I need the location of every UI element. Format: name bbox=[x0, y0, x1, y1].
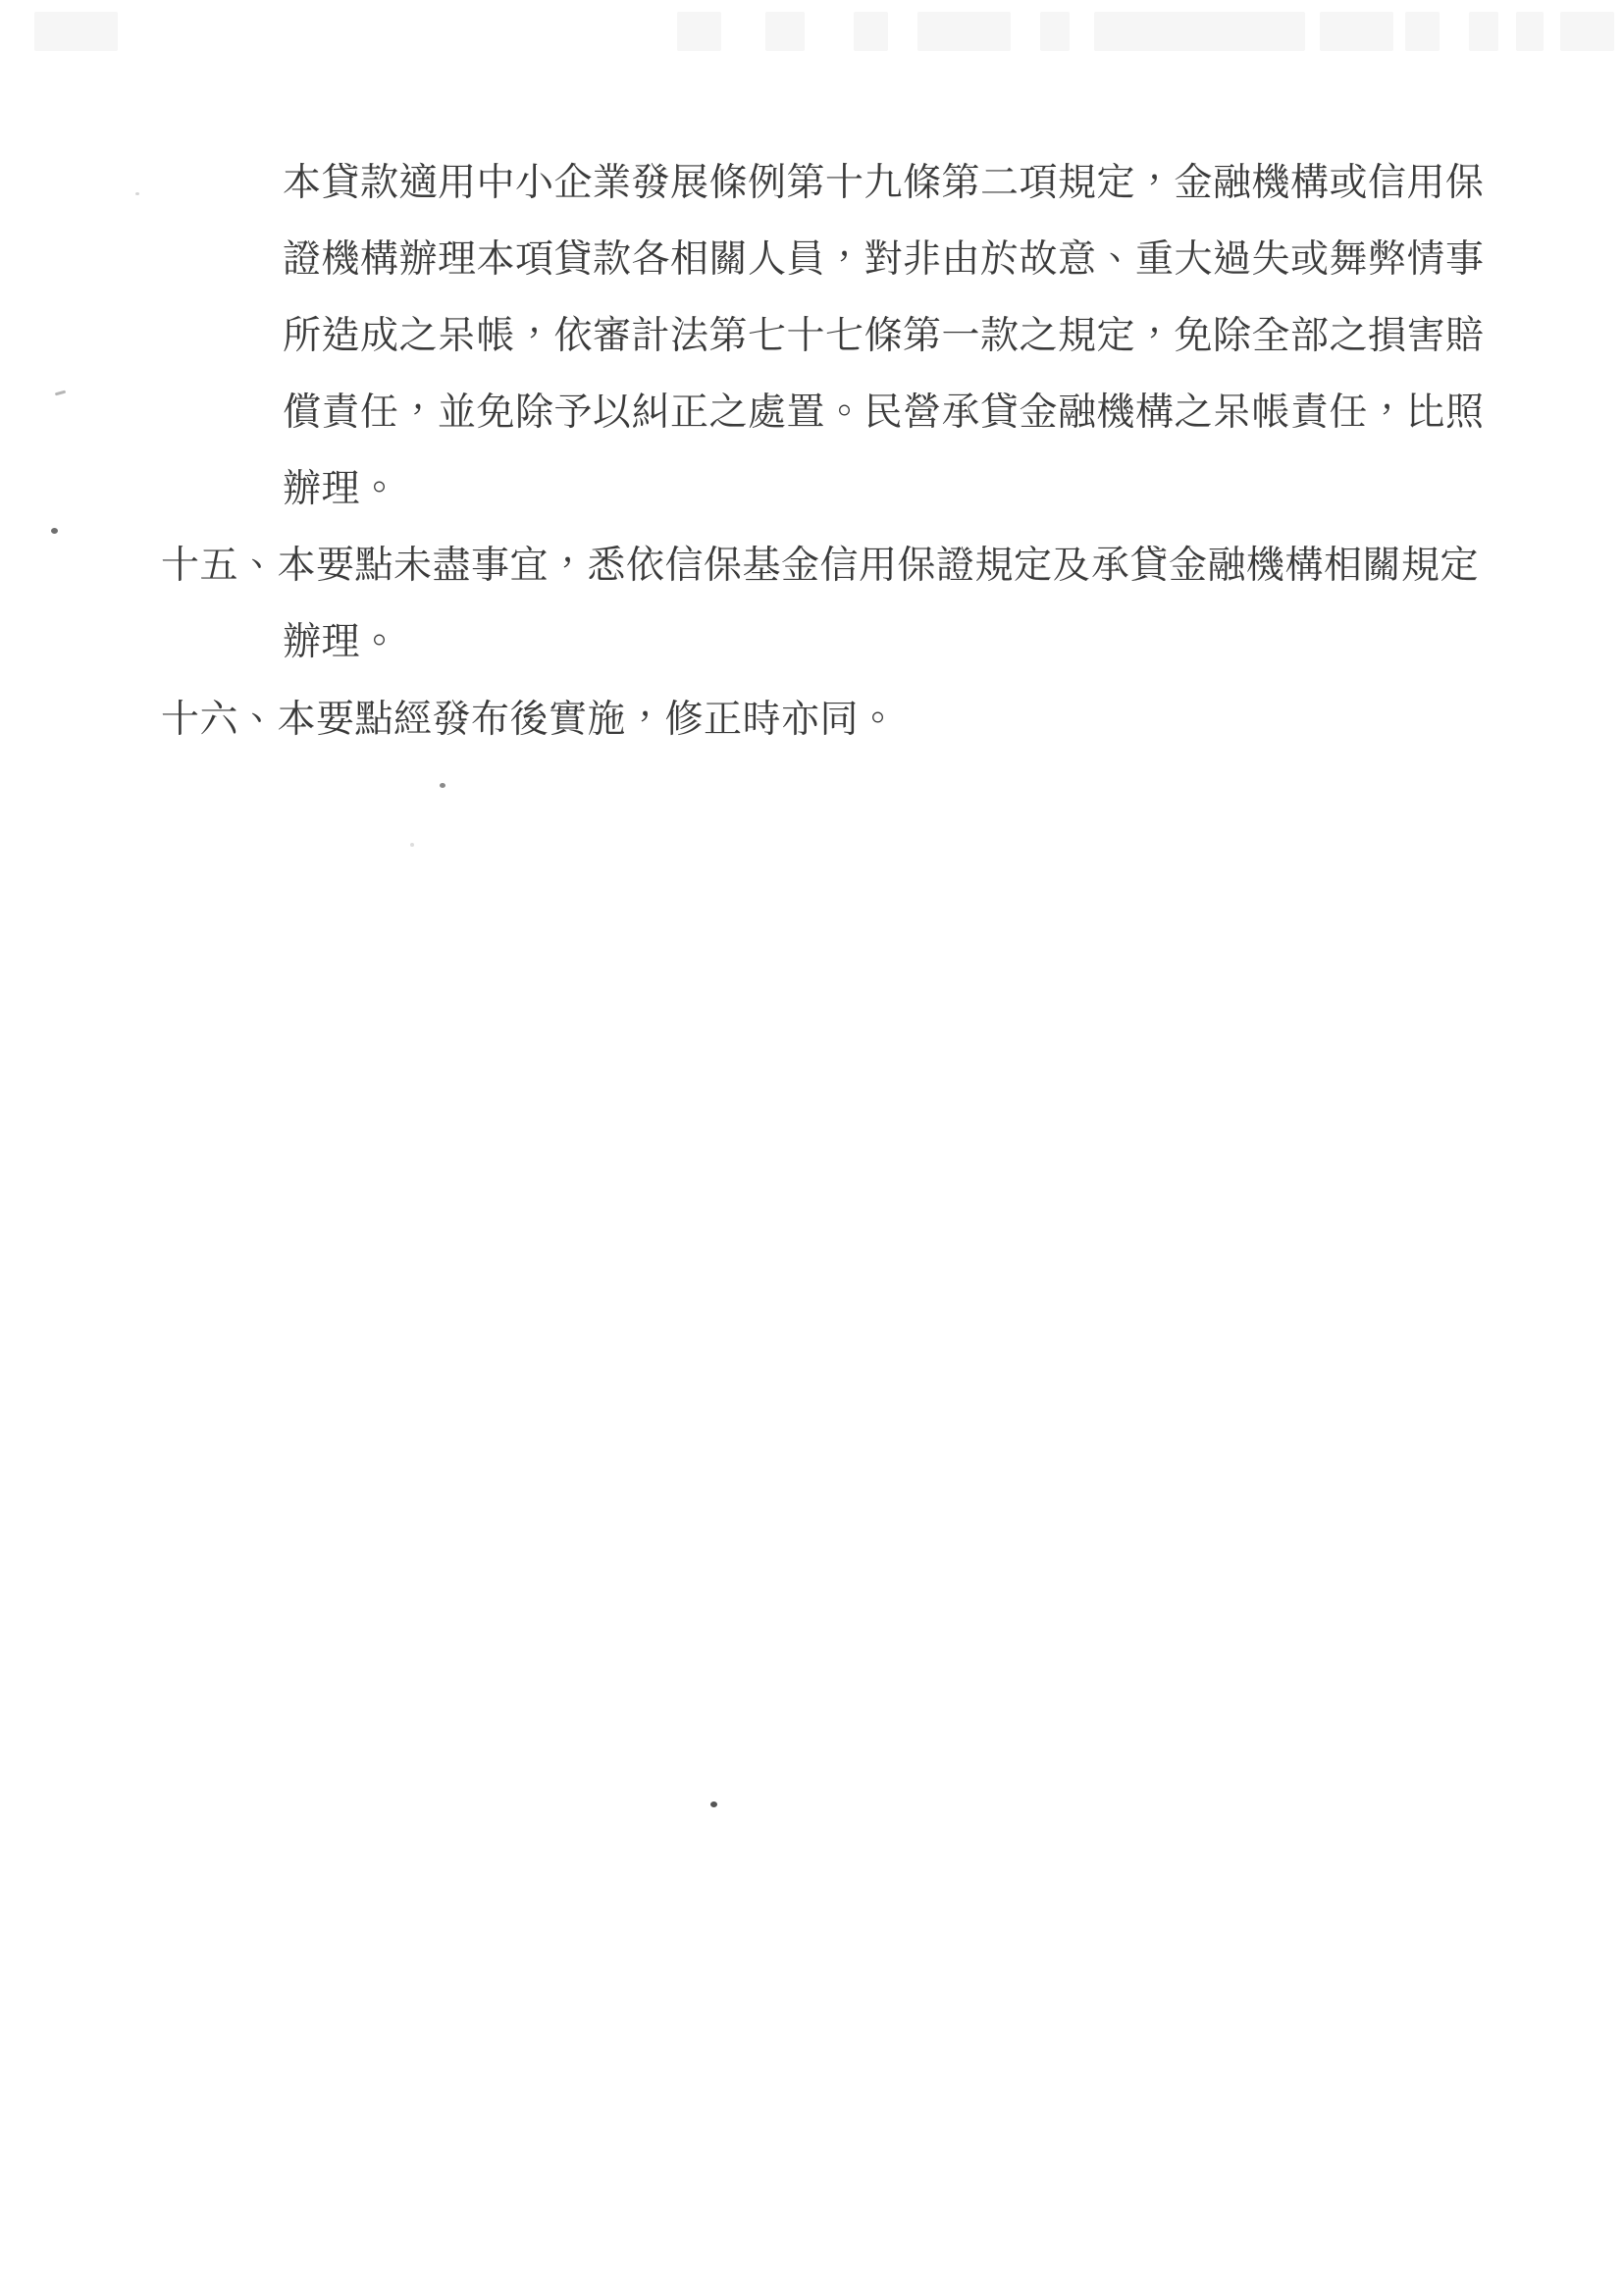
scan-speck bbox=[51, 528, 58, 534]
item-16-line: 十六、本要點經發布後實施，修正時亦同。 bbox=[161, 698, 898, 743]
scan-speck bbox=[440, 783, 445, 788]
item-15-line: 辦理。 bbox=[283, 620, 399, 665]
paragraph-line: 辦理。 bbox=[283, 467, 399, 512]
scan-smudge bbox=[1469, 12, 1498, 51]
scan-smudge bbox=[1560, 12, 1614, 51]
scan-speck bbox=[410, 843, 414, 847]
scan-smudge bbox=[917, 12, 1011, 51]
scan-speck bbox=[135, 192, 139, 195]
scan-smudge bbox=[1320, 12, 1393, 51]
scan-smudge bbox=[765, 12, 805, 51]
scan-smudge bbox=[1040, 12, 1070, 51]
paragraph-line: 證機構辦理本項貸款各相關人員，對非由於故意、重大過失或舞弊情事 bbox=[283, 237, 1485, 283]
item-15-line: 十五、本要點未盡事宜，悉依信保基金信用保證規定及承貸金融機構相關規定 bbox=[161, 544, 1479, 589]
document-page: 本貸款適用中小企業發展條例第十九條第二項規定，金融機構或信用保 證機構辦理本項貸… bbox=[0, 0, 1623, 2296]
scan-smudge bbox=[34, 12, 118, 51]
scan-smudge bbox=[1094, 12, 1305, 51]
scan-smudge bbox=[854, 12, 888, 51]
paragraph-line: 本貸款適用中小企業發展條例第十九條第二項規定，金融機構或信用保 bbox=[283, 161, 1485, 206]
paragraph-line: 償責任，並免除予以糾正之處置。民營承貸金融機構之呆帳責任，比照 bbox=[283, 391, 1485, 436]
scan-speck bbox=[710, 1801, 717, 1807]
scan-smudge bbox=[1516, 12, 1544, 51]
scan-speck bbox=[55, 391, 66, 396]
scan-smudge bbox=[1405, 12, 1440, 51]
scan-smudge bbox=[677, 12, 721, 51]
paragraph-line: 所造成之呆帳，依審計法第七十七條第一款之規定，免除全部之損害賠 bbox=[283, 314, 1485, 359]
